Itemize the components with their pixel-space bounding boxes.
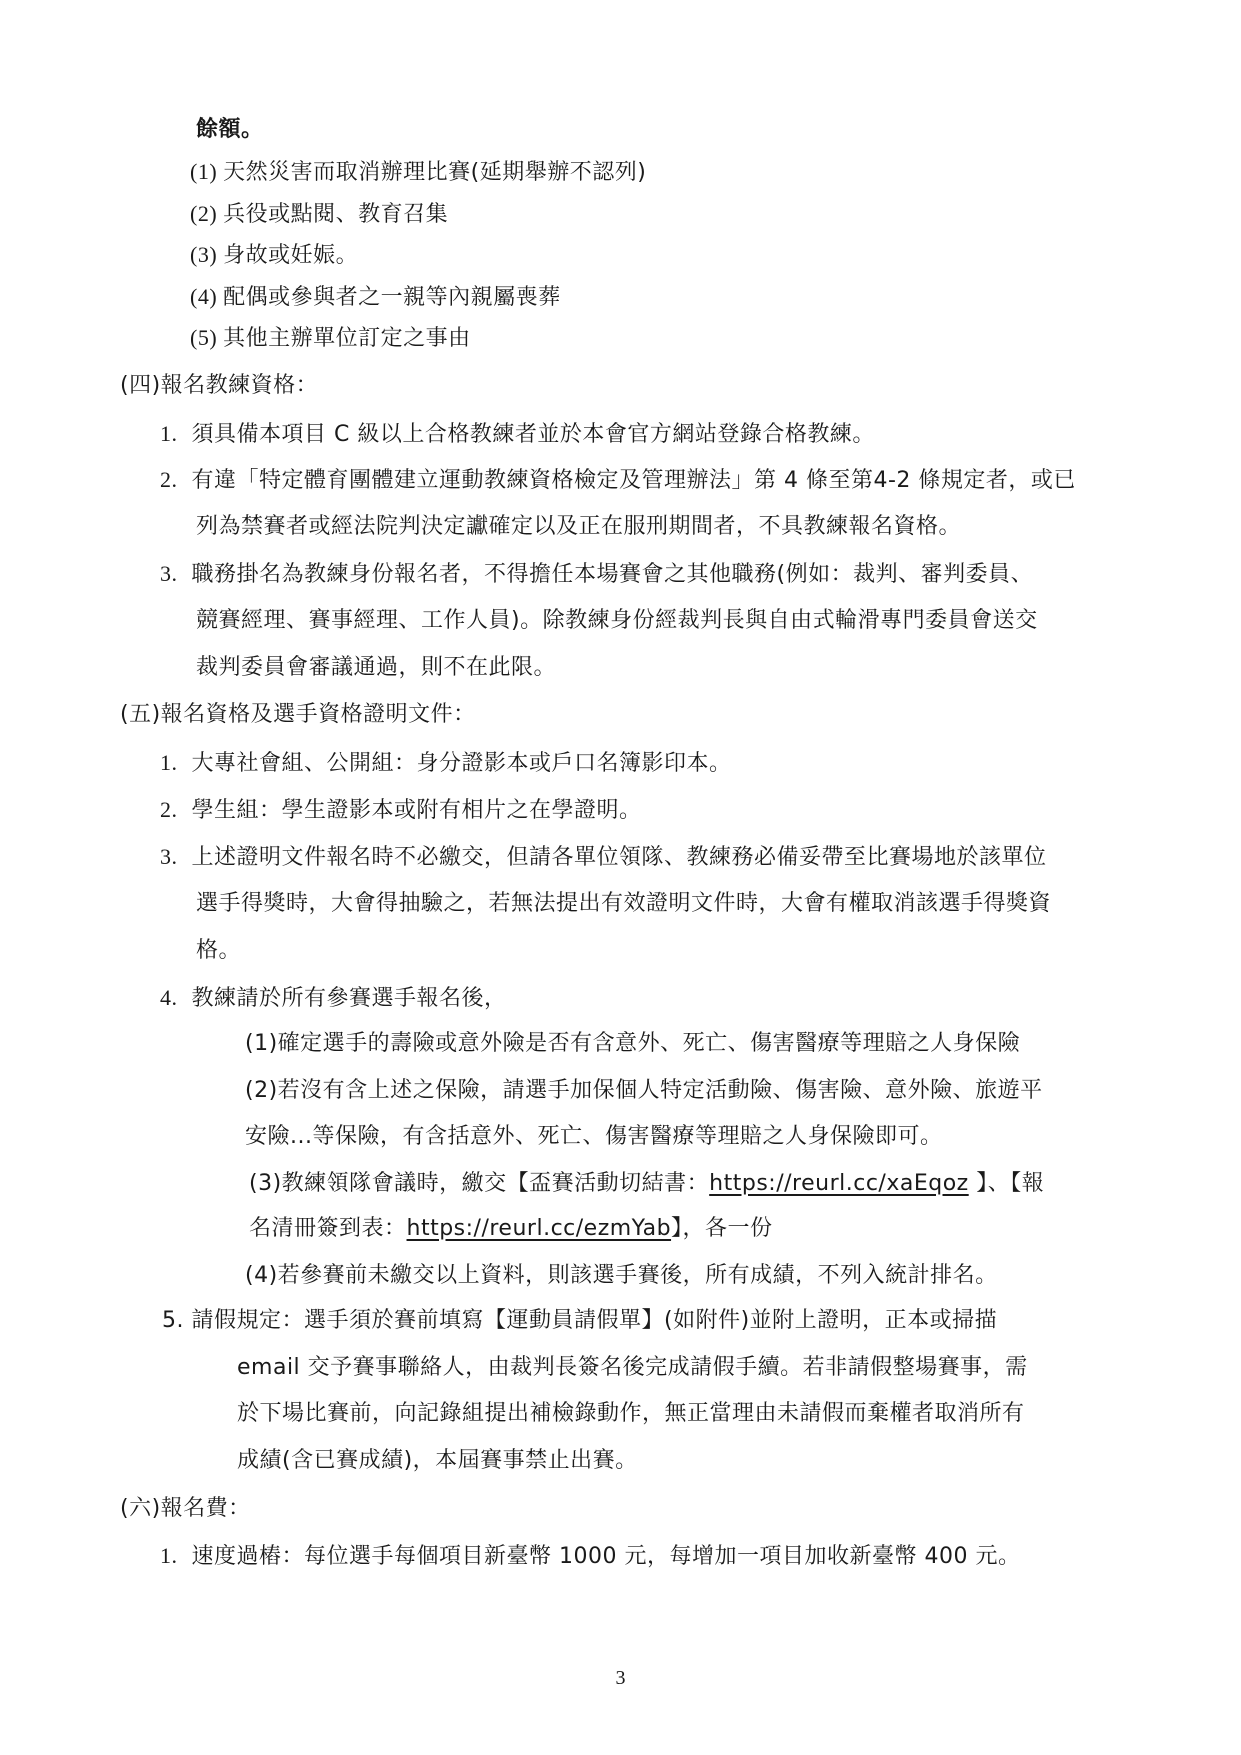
- affidavit-link[interactable]: https://reurl.cc/xaEqoz: [709, 1171, 969, 1196]
- list-item-text: 有違「特定體育團體建立運動教練資格檢定及管理辦法」第 4 條至第4-2 條規定者…: [192, 468, 1076, 493]
- sub-item-documents: (3)教練領隊會議時，繳交【盃賽活動切結書：https://reurl.cc/x…: [249, 1169, 1044, 1199]
- list-item-number: (5): [190, 323, 217, 353]
- list-item-continuation: 列為禁賽者或經法院判決定讞確定以及正在服刑期間者，不具教練報名資格。: [196, 512, 961, 542]
- list-item: (3)身故或妊娠。: [190, 240, 358, 271]
- list-item-text: 上述證明文件報名時不必繳交，但請各單位領隊、教練務必備妥帶至比賽場地於該單位: [192, 845, 1047, 870]
- list-item-number: 3.: [160, 842, 178, 872]
- list-item: 3.職務掛名為教練身份報名者，不得擔任本場賽會之其他職務(例如：裁判、審判委員、: [160, 559, 1033, 590]
- list-item-continuation: 選手得獎時，大會得抽驗之，若無法提出有效證明文件時，大會有權取消該選手得獎資: [196, 889, 1051, 919]
- list-item-text: 兵役或點閱、教育召集: [223, 202, 448, 227]
- list-item-number: (1): [190, 157, 217, 187]
- list-item-continuation: 裁判委員會審議通過，則不在此限。: [196, 653, 556, 683]
- list-item-text: 身故或妊娠。: [223, 243, 358, 268]
- list-item-text: 其他主辦單位訂定之事由: [223, 326, 471, 351]
- sub-item-insurance-add: (2)若沒有含上述之保險，請選手加保個人特定活動險、傷害險、意外險、旅遊平: [245, 1076, 1043, 1106]
- list-item-text: 教練請於所有參賽選手報名後，: [192, 986, 507, 1011]
- list-item: 2.有違「特定體育團體建立運動教練資格檢定及管理辦法」第 4 條至第4-2 條規…: [160, 465, 1076, 496]
- leave-rule-item: 5. 請假規定：選手須於賽前填寫【運動員請假單】(如附件)並附上證明，正本或掃描: [162, 1306, 997, 1336]
- list-item-number: 1.: [160, 1541, 178, 1571]
- list-item-number: 2.: [160, 465, 178, 495]
- section-heading-eligibility-documents: (五)報名資格及選手資格證明文件：: [120, 700, 476, 730]
- list-item-number: 4.: [160, 983, 178, 1013]
- leave-rule-continuation: email 交予賽事聯絡人，由裁判長簽名後完成請假手續。若非請假整場賽事，需: [237, 1353, 1028, 1383]
- sub-item-no-ranking: (4)若參賽前未繳交以上資料，則該選手賽後，所有成績，不列入統計排名。: [245, 1261, 998, 1291]
- section-heading-coach-qualification: (四)報名教練資格：: [120, 371, 318, 401]
- list-item: 2.學生組：學生證影本或附有相片之在學證明。: [160, 795, 642, 826]
- list-item: 3.上述證明文件報名時不必繳交，但請各單位領隊、教練務必備妥帶至比賽場地於該單位: [160, 842, 1047, 873]
- sub-item-text: (3)教練領隊會議時，繳交【盃賽活動切結書：: [249, 1171, 709, 1196]
- section-heading-registration-fee: (六)報名費：: [120, 1494, 251, 1524]
- list-item-text: 天然災害而取消辦理比賽(延期舉辦不認列): [223, 160, 646, 185]
- continuation-text: 餘額。: [196, 115, 264, 145]
- list-item: 1.須具備本項目 C 級以上合格教練者並於本會官方網站登錄合格教練。: [160, 419, 875, 450]
- list-item: (1)天然災害而取消辦理比賽(延期舉辦不認列): [190, 157, 646, 188]
- sub-item-continuation: 名清冊簽到表：https://reurl.cc/ezmYab】，各一份: [249, 1214, 773, 1244]
- list-item-text: 須具備本項目 C 級以上合格教練者並於本會官方網站登錄合格教練。: [192, 422, 875, 447]
- list-item: (2)兵役或點閱、教育召集: [190, 199, 448, 230]
- list-item-number: (4): [190, 282, 217, 312]
- page-number: 3: [0, 1667, 1241, 1690]
- signin-sheet-link[interactable]: https://reurl.cc/ezmYab: [407, 1216, 672, 1241]
- sub-item-text: 】，各一份: [671, 1216, 773, 1241]
- list-item: 1.速度過樁：每位選手每個項目新臺幣 1000 元，每增加一項目加收新臺幣 40…: [160, 1541, 1020, 1572]
- list-item-continuation: 競賽經理、賽事經理、工作人員)。除教練身份經裁判長與自由式輪滑專門委員會送交: [196, 606, 1038, 636]
- list-item-text: 配偶或參與者之一親等內親屬喪葬: [223, 285, 561, 310]
- sub-item-text: 名清冊簽到表：: [249, 1216, 407, 1241]
- sub-item-text: 】、【報: [969, 1171, 1045, 1196]
- list-item-continuation: 格。: [196, 936, 241, 966]
- list-item-number: (3): [190, 240, 217, 270]
- list-item-number: 2.: [160, 795, 178, 825]
- list-item: (5)其他主辦單位訂定之事由: [190, 323, 471, 354]
- list-item: (4)配偶或參與者之一親等內親屬喪葬: [190, 282, 561, 313]
- leave-rule-continuation: 成績(含已賽成績)，本屆賽事禁止出賽。: [237, 1446, 638, 1476]
- list-item-number: 1.: [160, 419, 178, 449]
- list-item: 4.教練請於所有參賽選手報名後，: [160, 983, 507, 1014]
- list-item-text: 速度過樁：每位選手每個項目新臺幣 1000 元，每增加一項目加收新臺幣 400 …: [192, 1544, 1021, 1569]
- list-item-number: 1.: [160, 748, 178, 778]
- sub-item-insurance-check: (1)確定選手的壽險或意外險是否有含意外、死亡、傷害醫療等理賠之人身保險: [245, 1029, 1020, 1059]
- leave-rule-continuation: 於下場比賽前，向記錄組提出補檢錄動作，無正當理由未請假而棄權者取消所有: [237, 1399, 1025, 1429]
- sub-item-continuation: 安險...等保險，有含括意外、死亡、傷害醫療等理賠之人身保險即可。: [245, 1122, 942, 1152]
- list-item: 1.大專社會組、公開組：身分證影本或戶口名簿影印本。: [160, 748, 732, 779]
- list-item-text: 職務掛名為教練身份報名者，不得擔任本場賽會之其他職務(例如：裁判、審判委員、: [192, 562, 1034, 587]
- list-item-text: 學生組：學生證影本或附有相片之在學證明。: [192, 798, 642, 823]
- list-item-number: (2): [190, 199, 217, 229]
- list-item-number: 3.: [160, 559, 178, 589]
- list-item-text: 大專社會組、公開組：身分證影本或戶口名簿影印本。: [192, 751, 732, 776]
